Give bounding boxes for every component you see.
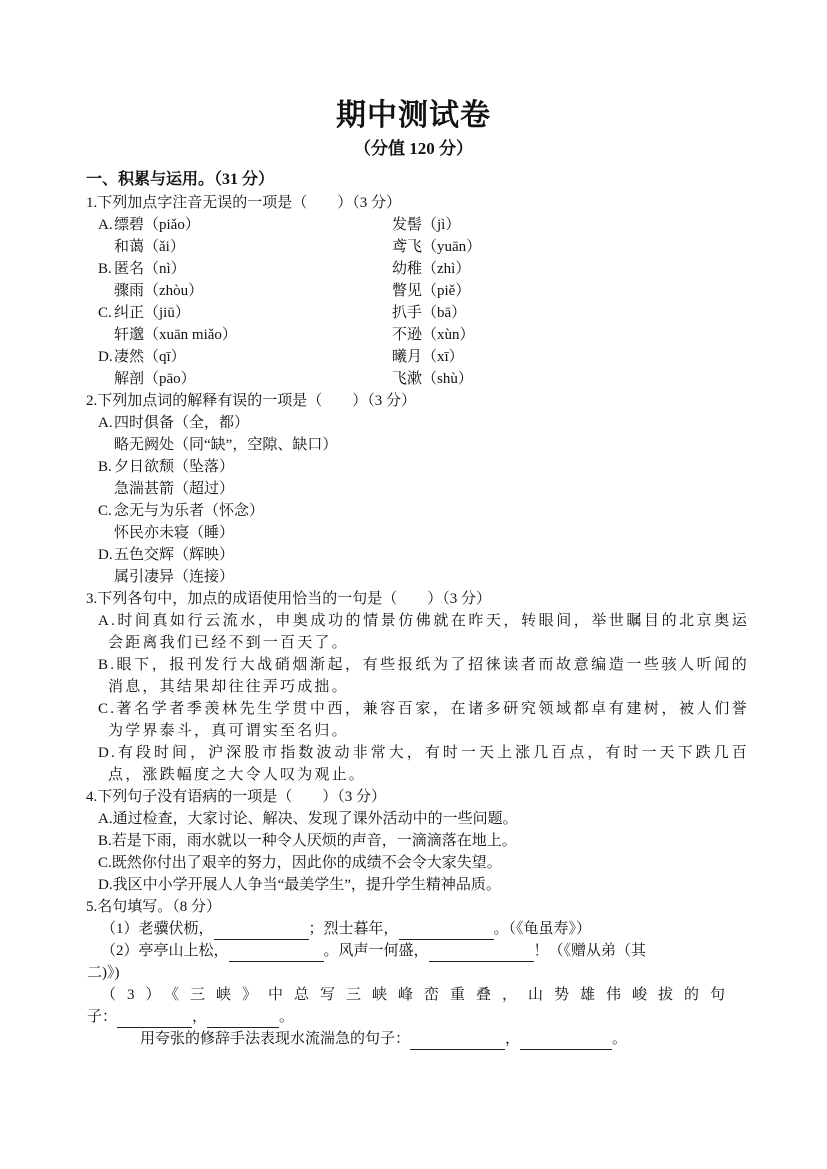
option-label: A. (98, 613, 117, 629)
gloss-text: 念无与为乐者（怀念） (114, 503, 264, 519)
question-1-stem: 1.下列加点字注音无误的一项是（ ）（3 分） (86, 192, 827, 214)
fill-item-2: （2）亭亭山上松，。风声一何盛，！（《赠从弟（其 (87, 940, 827, 962)
option-a: A.时间真如行云流水，申奥成功的情景仿佛就在昨天，转眼间，举世瞩目的北京奥运会距… (98, 610, 749, 654)
pinyin-left: 解剖（pāo） (114, 371, 196, 387)
option-text: 通过检查，大家讨论、解决、发现了课外活动中的一些问题。 (113, 811, 518, 827)
option-label: D. (98, 877, 113, 893)
fill-item-4: 用夸张的修辞手法表现水流湍急的句子：，。 (140, 1028, 827, 1050)
page-title: 期中测试卷 (0, 0, 827, 136)
question-3-stem: 3.下列各句中，加点的成语使用恰当的一句是（ ）（3 分） (86, 588, 827, 610)
pinyin-left: 轩邈（xuān miǎo） (114, 327, 237, 343)
gloss-row: 怀民亦未寝（睡） (0, 522, 827, 544)
pinyin-right: 扒手（bā） (392, 302, 466, 324)
option-text: 既然你付出了艰辛的努力，因此你的成绩不会令大家失望。 (112, 855, 502, 871)
option-label: B. (98, 456, 114, 478)
gloss-text: 夕日欲颓（坠落） (114, 459, 234, 475)
gloss-text: 怀民亦未寝（睡） (114, 525, 234, 541)
option-c: C.既然你付出了艰辛的努力，因此你的成绩不会令大家失望。 (98, 852, 827, 874)
page-subtitle: （分值 120 分） (0, 136, 827, 162)
option-d: D.我区中小学开展人人争当“最美学生”，提升学生精神品质。 (98, 874, 827, 896)
fill-text: ！（《赠从弟（其 (534, 943, 647, 959)
blank-line (399, 923, 494, 940)
pinyin-row: A.缥碧（piǎo）发髻（jì） (0, 214, 827, 236)
fill-text: 。 (279, 1009, 294, 1025)
question-4-stem: 4.下列句子没有语病的一项是（ ）（3 分） (86, 786, 827, 808)
option-label: A. (98, 412, 114, 434)
question-2-stem: 2.下列加点词的解释有误的一项是（ ）（3 分） (86, 390, 827, 412)
gloss-text: 五色交辉（辉映） (114, 547, 234, 563)
fill-text: 。（《龟虽寿》） (494, 921, 592, 937)
option-label: A. (98, 811, 113, 827)
pinyin-row: 骤雨（zhòu）瞥见（piě） (0, 280, 827, 302)
pinyin-right: 幼稚（zhì） (392, 258, 470, 280)
pinyin-row: C.纠正（jiū）扒手（bā） (0, 302, 827, 324)
fill-text: 子： (87, 1009, 117, 1025)
fill-text: ；烈士暮年， (309, 921, 399, 937)
pinyin-right: 曦月（xī） (392, 346, 464, 368)
blank-line (520, 1033, 612, 1050)
option-label: D. (98, 745, 117, 761)
blank-line (207, 1011, 279, 1028)
fill-text: ， (192, 1009, 207, 1025)
gloss-row: 略无阙处（同“缺”，空隙、缺口） (0, 434, 827, 456)
pinyin-right: 鸢飞（yuān） (392, 236, 481, 258)
option-label: C. (98, 500, 114, 522)
pinyin-right: 瞥见（piě） (392, 280, 470, 302)
option-label: C. (98, 855, 112, 871)
option-label: B. (98, 657, 116, 673)
blank-line (229, 945, 324, 962)
blank-line (410, 1033, 505, 1050)
question-5-stem: 5.名句填写。（8 分） (86, 896, 827, 918)
gloss-text: 四时俱备（全，都） (114, 415, 249, 431)
pinyin-left: 骤雨（zhòu） (114, 283, 203, 299)
option-label: D. (98, 544, 114, 566)
fill-item-2-continuation: 二)》) (87, 962, 827, 984)
gloss-text: 急湍甚箭（超过） (114, 481, 234, 497)
gloss-row: 属引凄异（连接） (0, 566, 827, 588)
pinyin-left: 匿名（nì） (114, 261, 186, 277)
gloss-row: 急湍甚箭（超过） (0, 478, 827, 500)
pinyin-row: D.凄然（qī）曦月（xī） (0, 346, 827, 368)
pinyin-left: 凄然（qī） (114, 349, 186, 365)
option-d: D.有段时间，沪深股市指数波动非常大，有时一天上涨几百点，有时一天下跌几百点，涨… (98, 742, 749, 786)
option-text: 眼下，报刊发行大战硝烟渐起，有些报纸为了招徕读者而故意编造一些骇人听闻的消息，其… (108, 657, 749, 695)
fill-item-1: （1）老骥伏枥，；烈士暮年，。（《龟虽寿》） (87, 918, 827, 940)
pinyin-row: 轩邈（xuān miǎo）不逊（xùn） (0, 324, 827, 346)
pinyin-row: B.匿名（nì）幼稚（zhì） (0, 258, 827, 280)
blank-line (214, 923, 309, 940)
section-heading: 一、积累与运用。（31 分） (86, 168, 827, 192)
option-text: 有段时间，沪深股市指数波动非常大，有时一天上涨几百点，有时一天下跌几百点，涨跌幅… (108, 745, 749, 783)
fill-text: （1）老骥伏枥， (101, 921, 214, 937)
pinyin-left: 和蔼（ǎi） (114, 239, 185, 255)
option-label: D. (98, 346, 114, 368)
gloss-text: 属引凄异（连接） (114, 569, 234, 585)
fill-text: （2）亭亭山上松， (101, 943, 229, 959)
option-c: C.著名学者季羡林先生学贯中西，兼容百家，在诸多研究领域都卓有建树，被人们誉为学… (98, 698, 749, 742)
pinyin-row: 解剖（pāo）飞漱（shù） (0, 368, 827, 390)
pinyin-right: 发髻（jì） (392, 214, 460, 236)
pinyin-left: 纠正（jiū） (114, 305, 190, 321)
pinyin-left: 缥碧（piǎo） (114, 217, 200, 233)
option-text: 著名学者季羡林先生学贯中西，兼容百家，在诸多研究领域都卓有建树，被人们誉为学界泰… (108, 701, 749, 739)
option-text: 时间真如行云流水，申奥成功的情景仿佛就在昨天，转眼间，举世瞩目的北京奥运会距离我… (108, 613, 749, 651)
option-b: B.眼下，报刊发行大战硝烟渐起，有些报纸为了招徕读者而故意编造一些骇人听闻的消息… (98, 654, 749, 698)
pinyin-right: 飞漱（shù） (392, 368, 473, 390)
fill-text: 。 (612, 1031, 627, 1047)
gloss-row: B.夕日欲颓（坠落） (0, 456, 827, 478)
fill-text: 用夸张的修辞手法表现水流湍急的句子： (140, 1031, 410, 1047)
pinyin-right: 不逊（xùn） (392, 324, 475, 346)
option-label: B. (98, 258, 114, 280)
fill-text: ， (505, 1031, 520, 1047)
option-label: C. (98, 701, 116, 717)
gloss-row: A.四时俱备（全，都） (0, 412, 827, 434)
gloss-row: D.五色交辉（辉映） (0, 544, 827, 566)
fill-item-3-line2: 子：，。 (87, 1006, 827, 1028)
pinyin-row: 和蔼（ǎi）鸢飞（yuān） (0, 236, 827, 258)
blank-line (429, 945, 534, 962)
option-b: B.若是下雨，雨水就以一种令人厌烦的声音，一滴滴落在地上。 (98, 830, 827, 852)
exam-paper-page: 期中测试卷 （分值 120 分） 一、积累与运用。（31 分） 1.下列加点字注… (0, 0, 827, 1169)
option-label: C. (98, 302, 114, 324)
option-text: 若是下雨，雨水就以一种令人厌烦的声音，一滴滴落在地上。 (112, 833, 517, 849)
option-label: A. (98, 214, 114, 236)
fill-item-3-line1: （3）《三峡》中总写三峡峰峦重叠，山势雄伟峻拔的句 (101, 984, 827, 1006)
option-label: B. (98, 833, 112, 849)
gloss-row: C.念无与为乐者（怀念） (0, 500, 827, 522)
option-text: 我区中小学开展人人争当“最美学生”，提升学生精神品质。 (113, 877, 501, 893)
fill-text: 。风声一何盛， (324, 943, 429, 959)
blank-line (117, 1011, 192, 1028)
option-a: A.通过检查，大家讨论、解决、发现了课外活动中的一些问题。 (98, 808, 827, 830)
gloss-text: 略无阙处（同“缺”，空隙、缺口） (114, 437, 337, 453)
